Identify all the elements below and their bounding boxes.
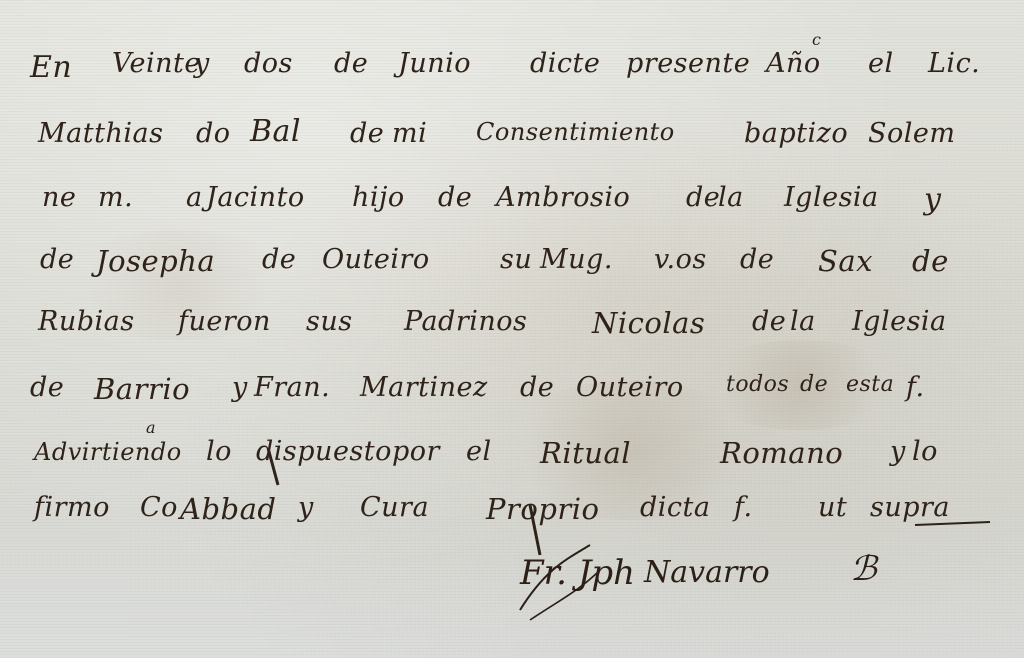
manuscript-line-7: a Advirtiendo lo dispuesto por el Ritual… — [0, 436, 1024, 476]
word: ne — [42, 182, 76, 213]
word: Mug. — [540, 244, 613, 275]
manuscript-line-6: de Barrio y Fran. Martinez de Outeiro to… — [0, 372, 1024, 412]
manuscript-page: En Veinte y dos de Junio dicte presente … — [0, 0, 1024, 658]
manuscript-line-8: firmo Co Abbad y Cura Proprio dicta f. u… — [0, 492, 1024, 532]
word: Matthias — [38, 118, 163, 149]
word: la — [718, 182, 744, 213]
word: de — [740, 244, 774, 275]
word: baptizo — [744, 118, 848, 149]
word: todos — [726, 372, 789, 397]
word: Iglesia — [784, 182, 879, 213]
word: v.os — [654, 244, 707, 275]
word: f. — [734, 492, 753, 523]
word: su — [500, 244, 532, 275]
word: dos — [244, 48, 293, 79]
word: Ambrosio — [496, 182, 630, 213]
word: el — [466, 436, 492, 467]
word: f. — [906, 372, 925, 403]
word: y — [194, 48, 210, 79]
word: Solem — [868, 118, 955, 149]
word: fueron — [178, 306, 271, 337]
superscript: c — [812, 30, 821, 49]
word: y — [298, 492, 314, 523]
word: Consentimiento — [476, 118, 675, 146]
word: de — [520, 372, 554, 403]
word: de — [30, 372, 64, 403]
word: Martinez — [360, 372, 488, 403]
word: Jacinto — [206, 182, 305, 213]
word: y — [924, 182, 941, 217]
word: dicte — [530, 48, 600, 79]
word: la — [790, 306, 816, 337]
word: Iglesia — [852, 306, 947, 337]
word: Fran. — [254, 372, 330, 403]
word: de — [438, 182, 472, 213]
word: lo — [912, 436, 938, 467]
word: Co — [140, 492, 178, 523]
signature-initial: Fr. Jph — [520, 553, 635, 593]
word: de — [800, 372, 828, 397]
word: el — [868, 48, 894, 79]
word: supra — [870, 492, 950, 523]
word: Junio — [398, 48, 471, 79]
word: a — [186, 182, 203, 213]
word: esta — [846, 372, 894, 397]
word: mi — [392, 118, 427, 149]
word: Padrinos — [404, 306, 527, 337]
word: Sax — [818, 244, 873, 278]
word: de — [752, 306, 786, 337]
word: Romano — [720, 436, 843, 470]
word: Lic. — [928, 48, 980, 79]
word: y — [232, 372, 248, 403]
word: presente — [626, 48, 750, 79]
word: Bal — [250, 114, 301, 149]
word: y — [890, 436, 906, 467]
word: de — [334, 48, 368, 79]
superscript: a — [146, 418, 156, 437]
word: de — [40, 244, 74, 275]
word: Josepha — [96, 244, 215, 278]
word: sus — [306, 306, 353, 337]
word: de — [350, 118, 384, 149]
word: Abbad — [180, 492, 276, 526]
signature-rubric: ℬ — [850, 549, 877, 589]
signature-surname: Navarro — [644, 555, 770, 590]
word: ut — [818, 492, 847, 523]
word: Ritual — [540, 436, 631, 470]
word: Outeiro — [322, 244, 430, 275]
word: Outeiro — [576, 372, 684, 403]
manuscript-line-2: Matthias do Bal de mi Consentimiento bap… — [0, 118, 1024, 158]
word: Rubias — [38, 306, 135, 337]
word: Veinte — [112, 48, 201, 79]
word: de — [262, 244, 296, 275]
word: En — [30, 50, 72, 85]
word: Barrio — [94, 372, 190, 406]
word: Advirtiendo — [34, 438, 182, 466]
word: m. — [98, 182, 133, 213]
word: por — [392, 436, 440, 467]
word: Cura — [360, 492, 429, 523]
word: de — [686, 182, 720, 213]
word: lo — [206, 436, 232, 467]
word: Proprio — [486, 492, 600, 526]
manuscript-line-4: de Josepha de Outeiro su Mug. v.os de Sa… — [0, 244, 1024, 284]
word: dispuesto — [256, 436, 392, 467]
word: de — [912, 244, 949, 278]
word: hijo — [352, 182, 405, 213]
word: do — [196, 118, 231, 149]
word: Nicolas — [592, 306, 705, 340]
word: Año — [766, 48, 821, 79]
word: firmo — [34, 492, 110, 523]
manuscript-line-1: En Veinte y dos de Junio dicte presente … — [0, 48, 1024, 88]
manuscript-line-5: Rubias fueron sus Padrinos Nicolas de la… — [0, 306, 1024, 346]
manuscript-line-3: ne m. a Jacinto hijo de Ambrosio de la I… — [0, 182, 1024, 222]
word: dicta — [640, 492, 711, 523]
